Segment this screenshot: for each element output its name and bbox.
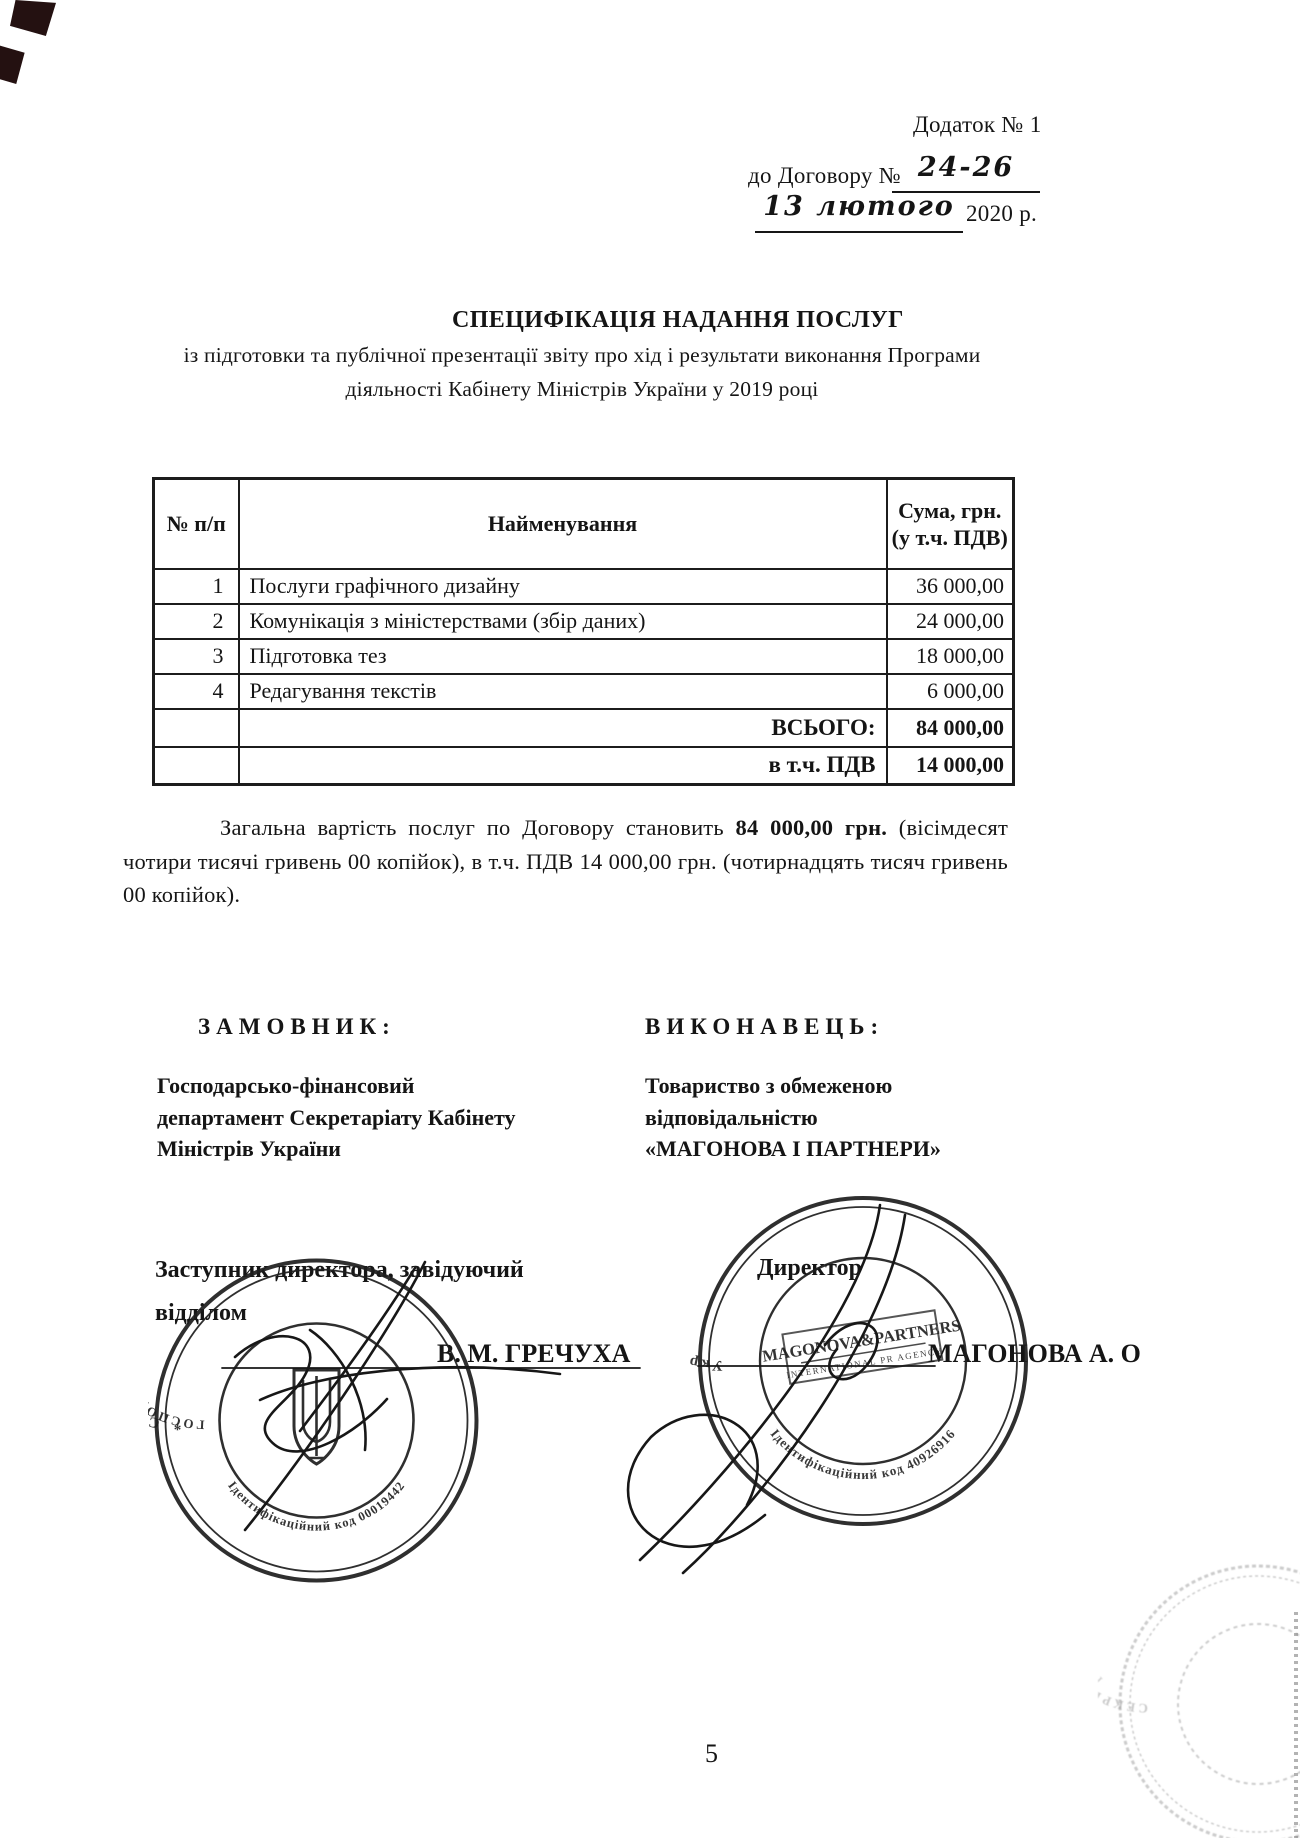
- col-header-num: № п/п: [154, 479, 239, 569]
- contract-date-handwritten: 13 лютого: [763, 191, 955, 222]
- vat-value: 14 000,00: [887, 747, 1014, 785]
- row-num: 2: [154, 604, 239, 639]
- total-cost-paragraph: Загальна вартість послуг по Договору ста…: [123, 811, 1008, 912]
- contractor-name: Товариство з обмеженою відповідальністю …: [645, 1070, 941, 1165]
- faint-stamp: СЕКРЕТАРІАТ КАБІНЕТУ МІН ГОСПОДАРСЬКО-ФІ…: [1098, 1556, 1300, 1838]
- customer-name-line: Господарсько-фінансовий: [157, 1070, 516, 1102]
- services-table: № п/п Найменування Сума, грн. (у т.ч. ПД…: [152, 477, 1015, 786]
- row-num: 4: [154, 674, 239, 709]
- paragraph-lead: Загальна вартість послуг по Договору ста…: [220, 815, 736, 840]
- customer-name: Господарсько-фінансовий департамент Секр…: [157, 1070, 516, 1165]
- customer-heading: ЗАМОВНИК:: [198, 1014, 396, 1040]
- contractor-name-line: відповідальністю: [645, 1102, 941, 1134]
- row-name: Редагування текстів: [239, 674, 887, 709]
- empty-cell: [154, 747, 239, 785]
- customer-name-line: департамент Секретаріату Кабінету: [157, 1102, 516, 1134]
- scan-artifact-top-left-2: [0, 44, 28, 84]
- contractor-name-line: Товариство з обмеженою: [645, 1070, 941, 1102]
- row-name: Послуги графічного дизайну: [239, 569, 887, 604]
- row-sum: 24 000,00: [887, 604, 1014, 639]
- paragraph-amount: 84 000,00 грн.: [736, 815, 888, 840]
- row-num: 1: [154, 569, 239, 604]
- col-header-name: Найменування: [239, 479, 887, 569]
- table-row: 4 Редагування текстів 6 000,00: [154, 674, 1014, 709]
- table-row: 2 Комунікація з міністерствами (збір дан…: [154, 604, 1014, 639]
- contract-number-handwritten: 24-26: [918, 152, 1014, 183]
- table-row: 3 Підготовка тез 18 000,00: [154, 639, 1014, 674]
- table-header-row: № п/п Найменування Сума, грн. (у т.ч. ПД…: [154, 479, 1014, 569]
- total-value: 84 000,00: [887, 709, 1014, 747]
- table-total-row: ВСЬОГО: 84 000,00: [154, 709, 1014, 747]
- vat-label: в т.ч. ПДВ: [239, 747, 887, 785]
- scan-edge-noise: [1294, 1612, 1298, 1838]
- document-subtitle-line2: діяльності Кабінету Міністрів України у …: [142, 377, 1022, 402]
- contract-date-field: 13 лютого: [755, 191, 963, 233]
- scan-artifact-top-left-1: [10, 0, 56, 36]
- row-sum: 36 000,00: [887, 569, 1014, 604]
- row-sum: 18 000,00: [887, 639, 1014, 674]
- table-vat-row: в т.ч. ПДВ 14 000,00: [154, 747, 1014, 785]
- contract-number-field: 24-26: [892, 152, 1040, 193]
- total-label: ВСЬОГО:: [239, 709, 887, 747]
- annex-label: Додаток № 1: [913, 112, 1042, 138]
- col-header-sum: Сума, грн. (у т.ч. ПДВ): [887, 479, 1014, 569]
- row-name: Підготовка тез: [239, 639, 887, 674]
- contractor-name-line: «МАГОНОВА І ПАРТНЕРИ»: [645, 1133, 941, 1165]
- empty-cell: [154, 709, 239, 747]
- scanned-document-page: Додаток № 1 до Договору № 24-26 13 лютог…: [0, 0, 1300, 1838]
- row-name: Комунікація з міністерствами (збір даних…: [239, 604, 887, 639]
- table-row: 1 Послуги графічного дизайну 36 000,00: [154, 569, 1014, 604]
- row-sum: 6 000,00: [887, 674, 1014, 709]
- contract-date-year: 2020 р.: [966, 201, 1037, 227]
- contract-number-label: до Договору №: [748, 163, 901, 189]
- contractor-heading: ВИКОНАВЕЦЬ:: [645, 1014, 884, 1040]
- row-num: 3: [154, 639, 239, 674]
- document-subtitle-line1: із підготовки та публічної презентації з…: [142, 343, 1022, 368]
- contractor-signature: [575, 1175, 1120, 1615]
- page-number: 5: [705, 1739, 718, 1769]
- customer-name-line: Міністрів України: [157, 1133, 516, 1165]
- document-title: СПЕЦИФІКАЦІЯ НАДАННЯ ПОСЛУГ: [452, 307, 904, 334]
